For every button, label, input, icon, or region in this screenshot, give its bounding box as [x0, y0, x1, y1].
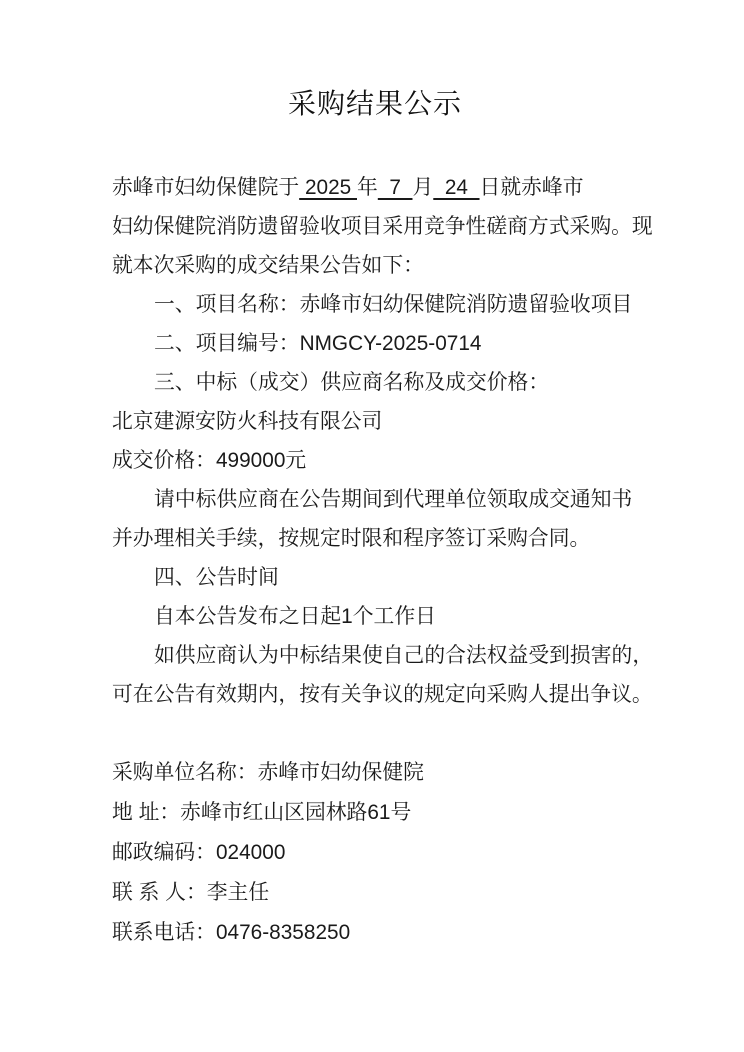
contact-person: 联 系 人：李主任	[112, 873, 638, 913]
announcement-duration: 自本公告发布之日起1个工作日	[112, 597, 638, 636]
intro-line-2: 妇幼保健院消防遗留验收项目采用竞争性磋商方式采购。现	[112, 207, 638, 246]
intro-day-label: 日就赤峰市	[480, 176, 584, 199]
item-project-number: 二、项目编号：NMGCY-2025-0714	[112, 324, 638, 363]
supplier-name: 北京建源安防火科技有限公司	[112, 402, 638, 441]
document-content: 采购结果公示 赤峰市妇幼保健院于 2025 年 7 月 24 日就赤峰市 妇幼保…	[112, 0, 638, 953]
document-page: 采购结果公示 赤峰市妇幼保健院于 2025 年 7 月 24 日就赤峰市 妇幼保…	[0, 0, 744, 1052]
intro-year-label: 年	[357, 176, 378, 199]
intro-line-1: 赤峰市妇幼保健院于 2025 年 7 月 24 日就赤峰市	[112, 168, 638, 207]
document-body: 赤峰市妇幼保健院于 2025 年 7 月 24 日就赤峰市 妇幼保健院消防遗留验…	[112, 168, 638, 953]
dispute-line-2: 可在公告有效期内，按有关争议的规定向采购人提出争议。	[112, 675, 638, 714]
contact-unit-name: 采购单位名称：赤峰市妇幼保健院	[112, 753, 638, 793]
contact-address: 地 址：赤峰市红山区园林路61号	[112, 793, 638, 833]
intro-month-label: 月	[412, 176, 433, 199]
intro-day-value: 24	[433, 176, 479, 199]
contact-block: 采购单位名称：赤峰市妇幼保健院 地 址：赤峰市红山区园林路61号 邮政编码：02…	[112, 753, 638, 953]
contact-phone: 联系电话：0476-8358250	[112, 913, 638, 953]
intro-month-value: 7	[378, 176, 413, 199]
item-announcement-time: 四、公告时间	[112, 558, 638, 597]
notice-line-1: 请中标供应商在公告期间到代理单位领取成交通知书	[112, 480, 638, 519]
contact-postal-code: 邮政编码：024000	[112, 833, 638, 873]
spacer-line	[112, 714, 638, 753]
document-title: 采购结果公示	[112, 88, 638, 122]
intro-pre-text: 赤峰市妇幼保健院于	[112, 176, 299, 199]
item-supplier-heading: 三、中标（成交）供应商名称及成交价格：	[112, 363, 638, 402]
intro-line-3: 就本次采购的成交结果公告如下：	[112, 246, 638, 285]
intro-year-value: 2025	[299, 176, 357, 199]
deal-price: 成交价格：499000元	[112, 441, 638, 480]
notice-line-2: 并办理相关手续，按规定时限和程序签订采购合同。	[112, 519, 638, 558]
dispute-line-1: 如供应商认为中标结果使自己的合法权益受到损害的，	[112, 636, 638, 675]
item-project-name: 一、项目名称：赤峰市妇幼保健院消防遗留验收项目	[112, 285, 638, 324]
